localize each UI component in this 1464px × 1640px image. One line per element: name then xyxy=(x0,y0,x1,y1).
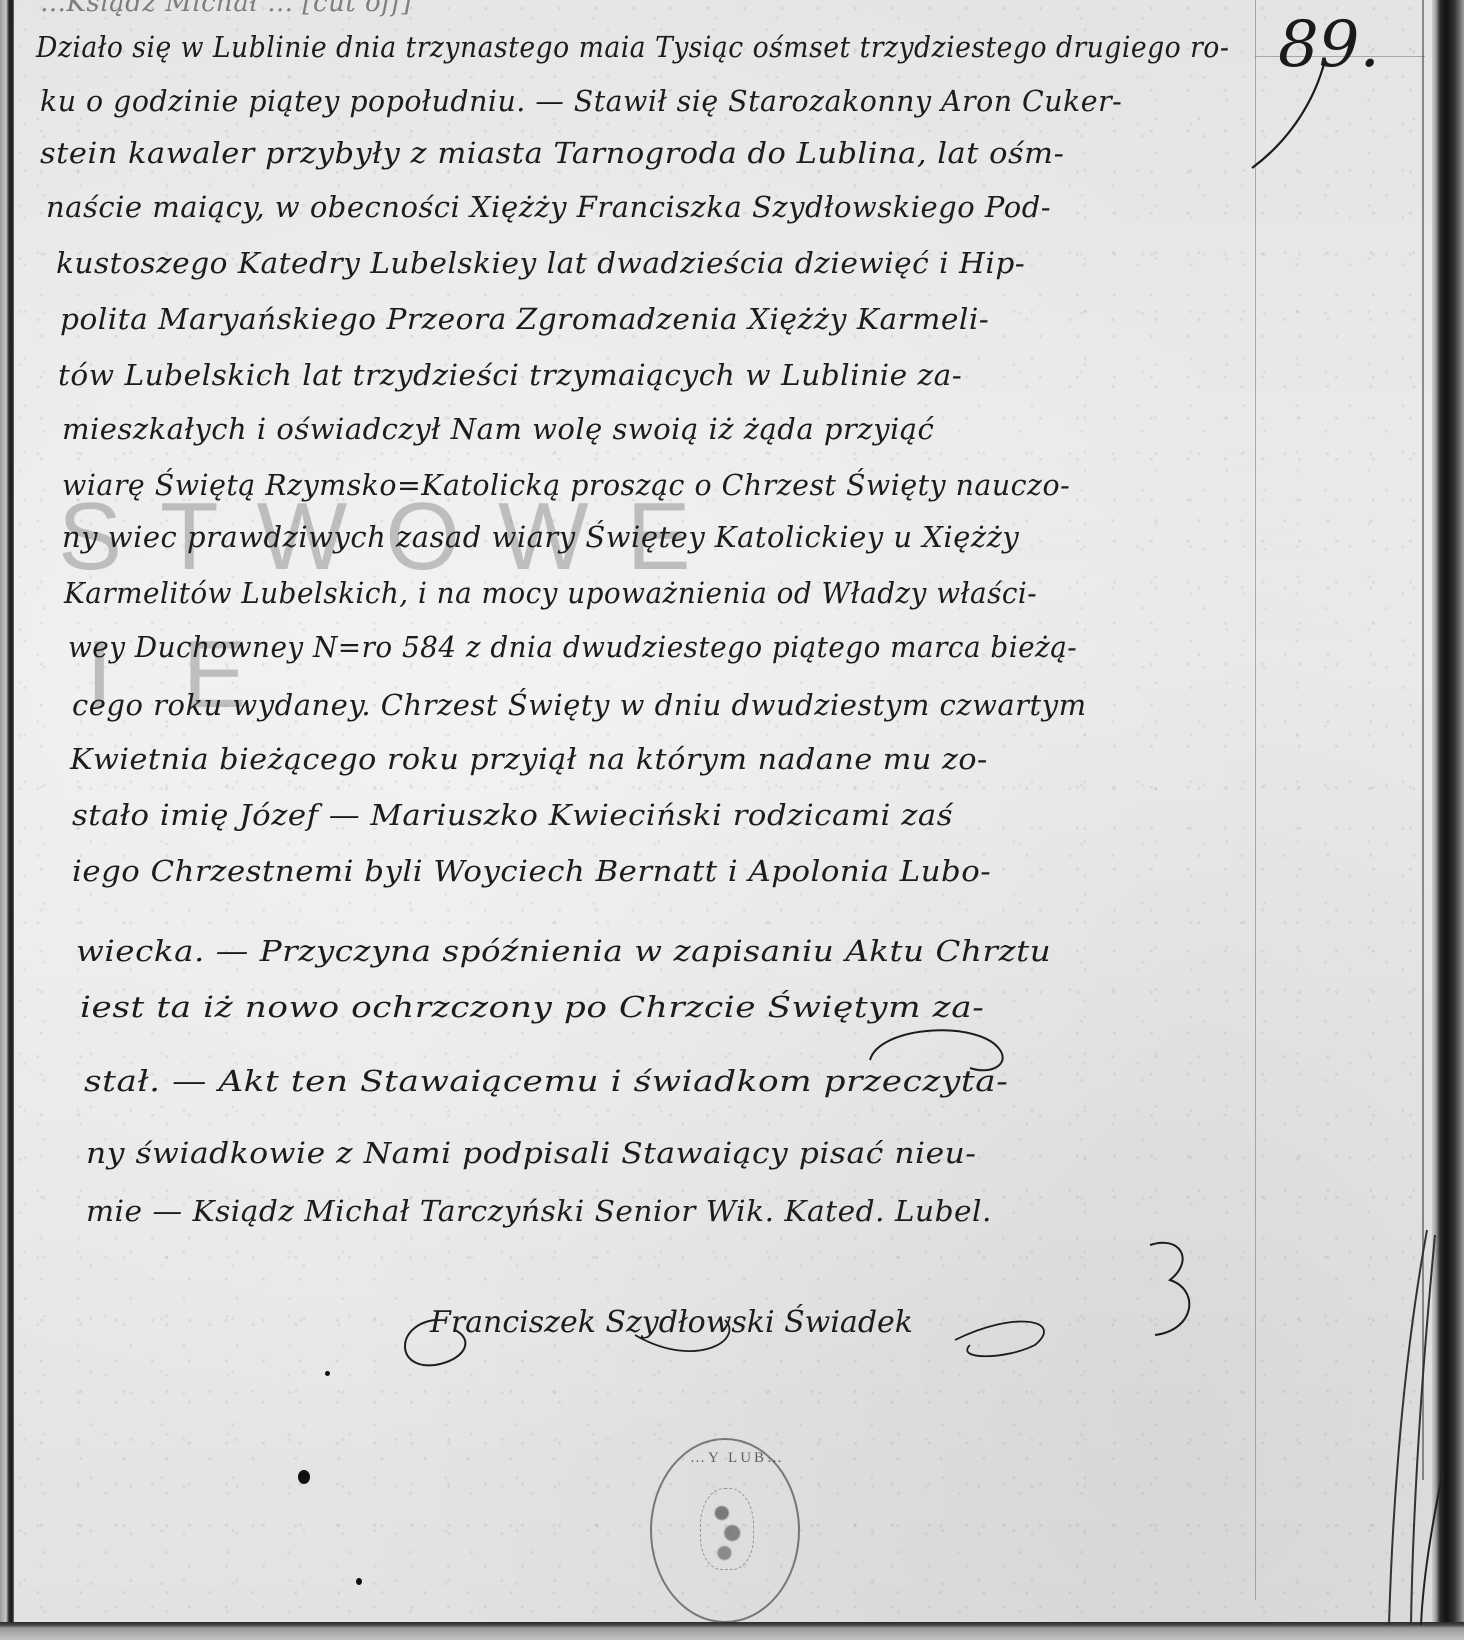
top-cut-off-line: …Ksiądz Michał … [cut off] xyxy=(40,0,412,18)
record-line-18: iest ta iż nowo ochrzczony po Chrzcie Św… xyxy=(80,990,984,1024)
left-binding-edge xyxy=(0,0,14,1640)
record-line-12: wey Duchowney N=ro 584 z dnia dwudzieste… xyxy=(68,630,1077,664)
page-fold-curve xyxy=(1365,1230,1445,1625)
stamp-text: …Y LUB… xyxy=(690,1450,785,1467)
page-number: 89. xyxy=(1278,8,1380,82)
record-line-5: kustoszego Katedry Lubelskiey lat dwadzi… xyxy=(56,246,1025,280)
record-line-14: Kwietnia bieżącego roku przyiął na który… xyxy=(70,742,988,776)
record-line-19: stał. — Akt ten Stawaiącemu i świadkom p… xyxy=(84,1064,1008,1098)
record-line-9: wiarę Świętą Rzymsko=Katolicką prosząc o… xyxy=(62,468,1070,502)
record-line-6: polita Maryańskiego Przeora Zgromadzenia… xyxy=(60,302,989,336)
record-line-3: stein kawaler przybyły z miasta Tarnogro… xyxy=(40,136,1064,170)
record-line-7: tów Lubelskich lat trzydzieści trzymaiąc… xyxy=(58,358,962,392)
record-line-4: naście maiący, w obecności Xiężży Franci… xyxy=(46,190,1051,224)
record-line-8: mieszkałych i oświadczył Nam wolę swoią … xyxy=(62,412,934,446)
right-margin-rule xyxy=(1255,0,1256,1600)
record-line-11: Karmelitów Lubelskich, i na mocy upoważn… xyxy=(64,576,1037,610)
record-line-16: iego Chrzestnemi byli Woyciech Bernatt i… xyxy=(72,854,991,888)
bottom-page-edge xyxy=(0,1622,1464,1640)
record-line-20: ny świadkowie z Nami podpisali Stawaiący… xyxy=(86,1136,977,1170)
stamp-emblem-icon xyxy=(700,1488,754,1570)
ink-blot xyxy=(298,1470,310,1484)
ink-blot xyxy=(356,1578,362,1585)
record-line-2: ku o godzinie piątey popołudniu. — Stawi… xyxy=(40,84,1122,118)
record-line-21: mie — Ksiądz Michał Tarczyński Senior Wi… xyxy=(86,1194,992,1228)
archive-seal-stamp: …Y LUB… xyxy=(650,1438,800,1623)
record-line-13: cego roku wydaney. Chrzest Święty w dniu… xyxy=(72,688,1087,722)
record-line-10: ny wiec prawdziwych zasad wiary Świętey … xyxy=(62,520,1019,554)
ink-blot xyxy=(325,1371,330,1376)
record-line-1: Działo się w Lublinie dnia trzynastego m… xyxy=(36,30,1229,64)
ink-flourish-3 xyxy=(1140,1235,1210,1345)
record-line-17: wiecka. — Przyczyna spóźnienia w zapisan… xyxy=(76,934,1051,968)
document-page: STWOWE IE …Ksiądz Michał … [cut off] 89.… xyxy=(0,0,1464,1640)
witness-signature: Franciszek Szydłowski Świadek xyxy=(430,1305,913,1340)
record-line-15: stało imię Józef — Mariuszko Kwieciński … xyxy=(72,798,953,832)
